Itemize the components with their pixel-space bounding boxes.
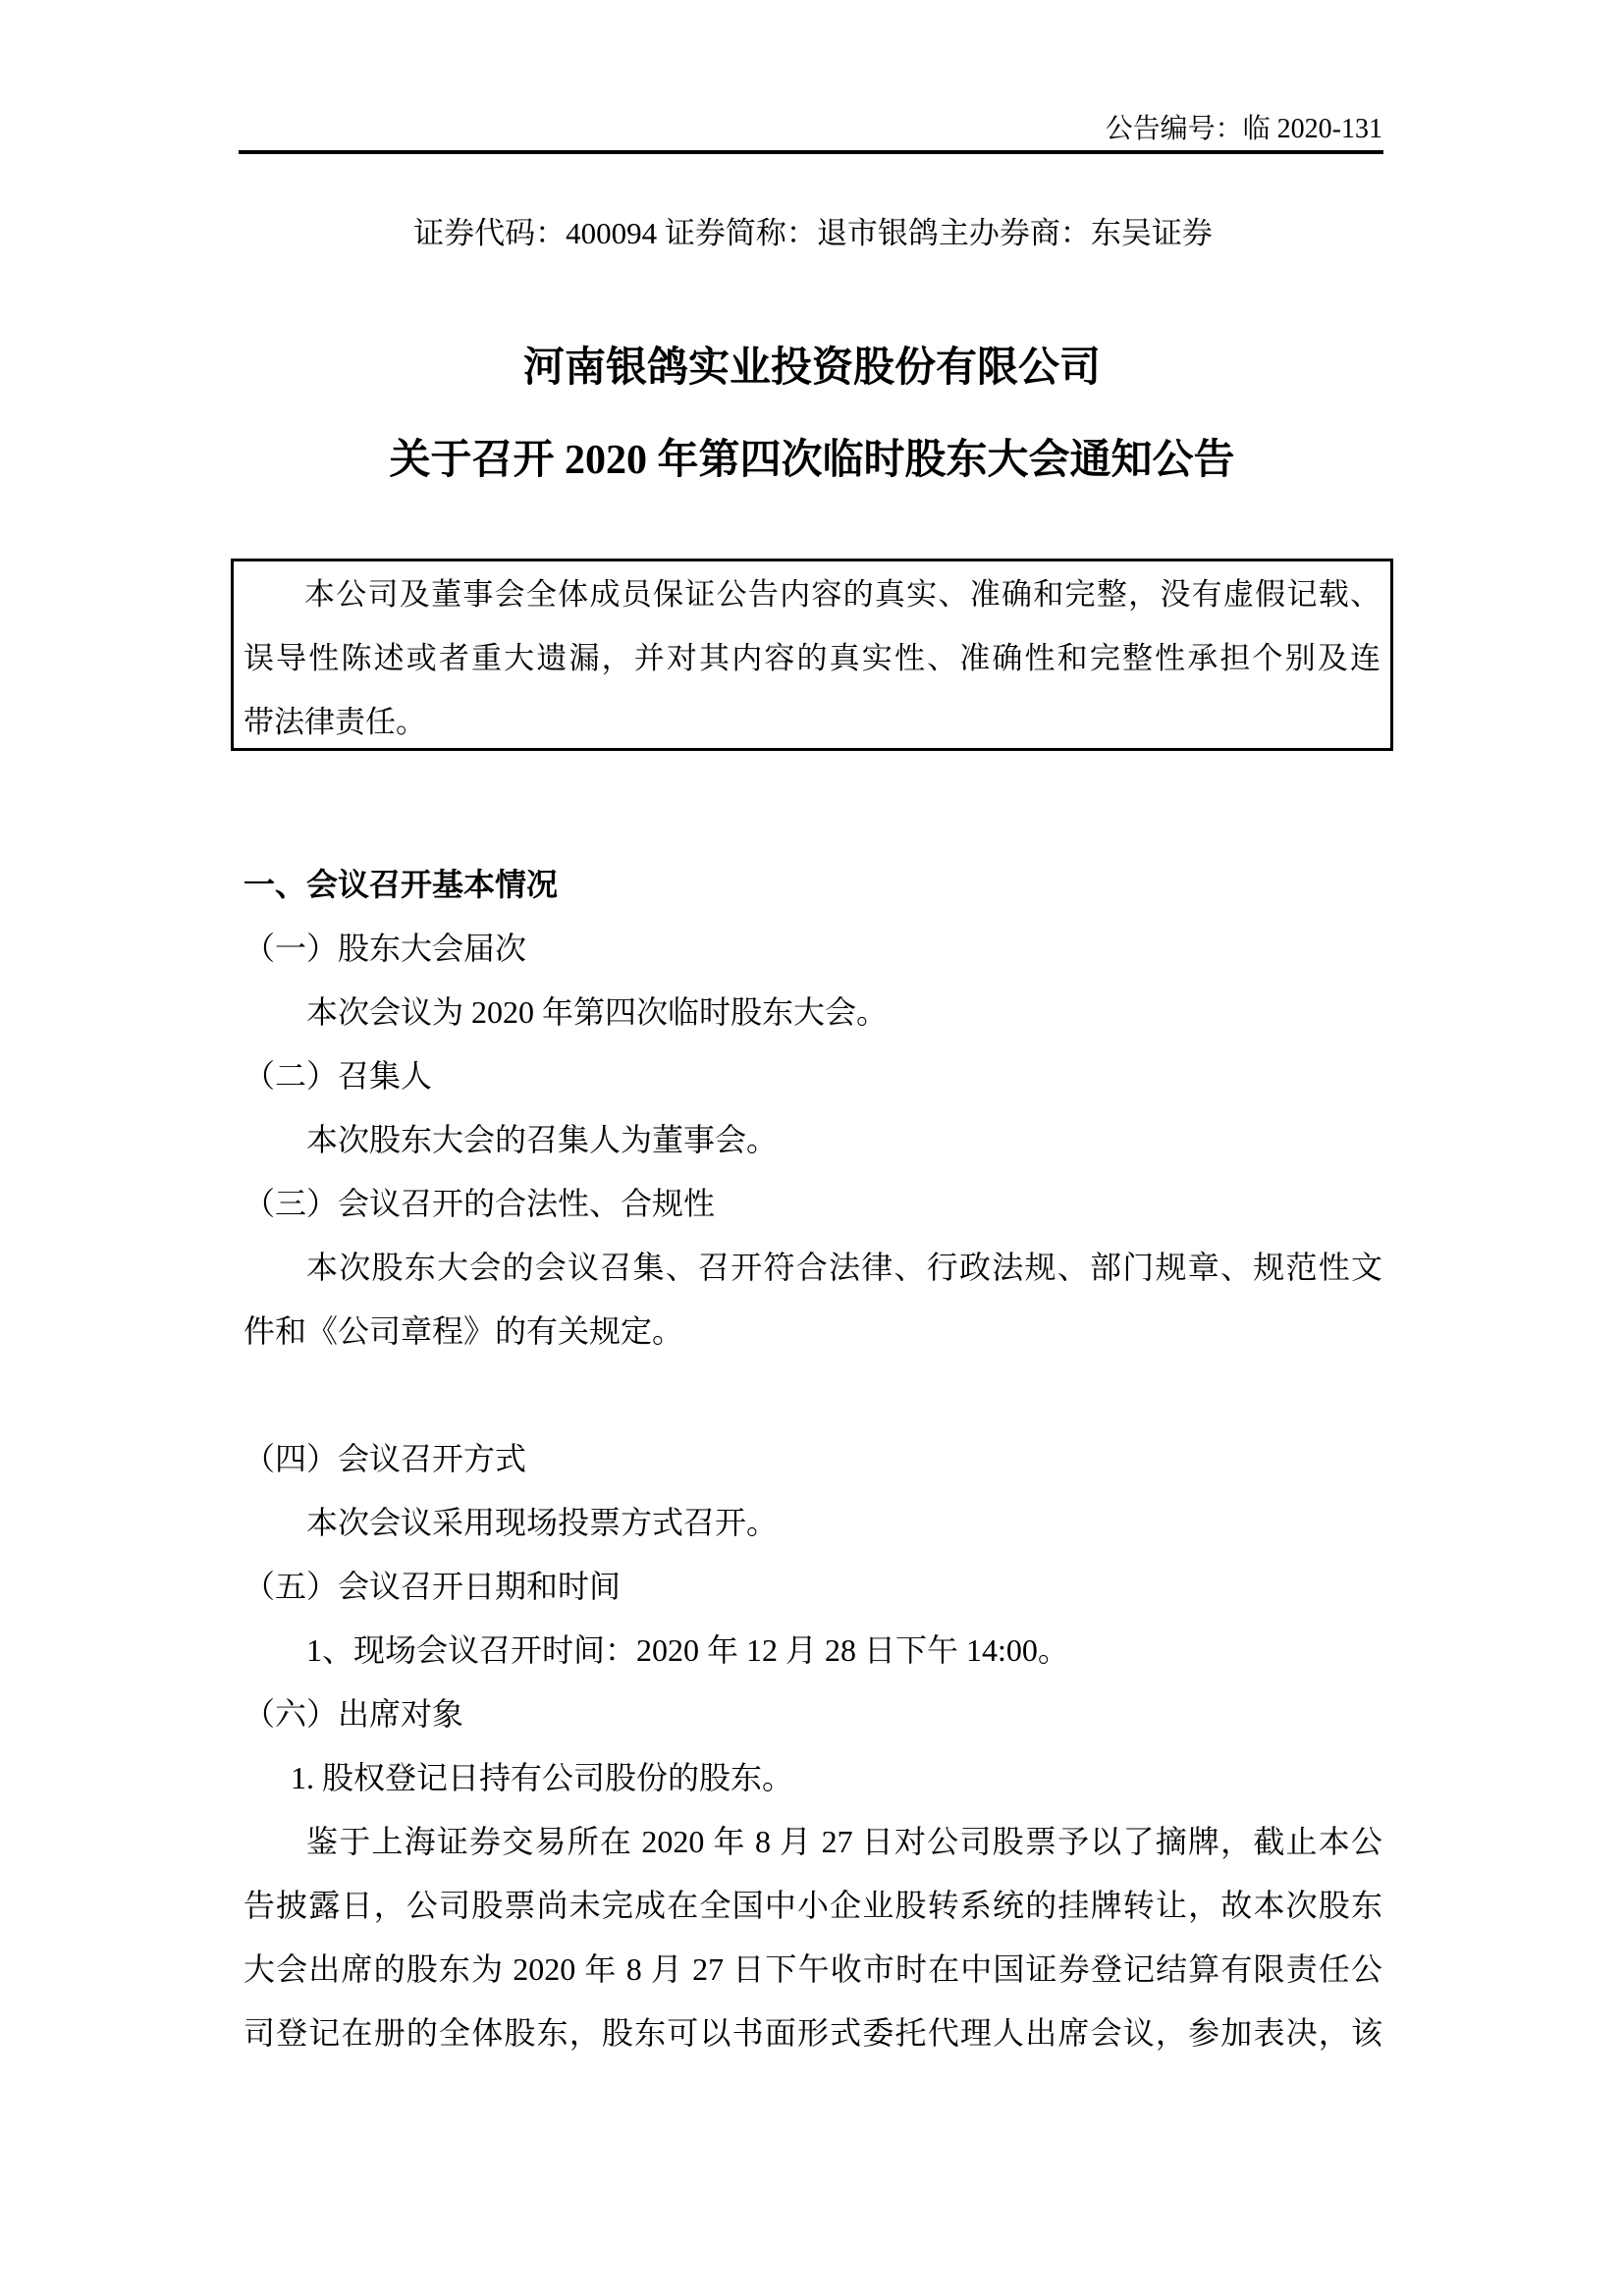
disclaimer-box: 本公司及董事会全体成员保证公告内容的真实、准确和完整，没有虚假记载、 误导性陈述… bbox=[231, 559, 1393, 751]
paragraph-meeting-session: 本次会议为 2020 年第四次临时股东大会。 bbox=[244, 981, 1382, 1044]
paragraph-meeting-time: 1、现场会议召开时间：2020 年 12 月 28 日下午 14:00。 bbox=[244, 1619, 1382, 1682]
disclaimer-line-1: 本公司及董事会全体成员保证公告内容的真实、准确和完整，没有虚假记载、 bbox=[244, 563, 1380, 627]
paragraph-convener: 本次股东大会的召集人为董事会。 bbox=[244, 1108, 1382, 1172]
paragraph-attendees-line-3: 大会出席的股东为 2020 年 8 月 27 日下午收市时在中国证券登记结算有限… bbox=[244, 1938, 1382, 2002]
securities-info-line: 证券代码：400094 证券简称：退市银鸽主办券商：东吴证券 bbox=[244, 214, 1382, 253]
paragraph-legality-line-1: 本次股东大会的会议召集、召开符合法律、行政法规、部门规章、规范性文 bbox=[244, 1236, 1382, 1300]
blank-line bbox=[244, 1363, 1382, 1427]
paragraph-attendees-line-4: 司登记在册的全体股东，股东可以书面形式委托代理人出席会议，参加表决，该 bbox=[244, 2002, 1382, 2065]
item-1-2-heading: （二）召集人 bbox=[244, 1044, 1382, 1108]
list-item-record-date-shareholders: 1. 股权登记日持有公司股份的股东。 bbox=[244, 1746, 1382, 1810]
disclaimer-line-3: 带法律责任。 bbox=[244, 691, 1380, 755]
section-1-heading: 一、会议召开基本情况 bbox=[244, 853, 1382, 917]
company-name-title: 河南银鸽实业投资股份有限公司 bbox=[0, 344, 1624, 393]
paragraph-attendees-line-2: 告披露日，公司股票尚未完成在全国中小企业股转系统的挂牌转让，故本次股东 bbox=[244, 1874, 1382, 1938]
item-1-6-heading: （六）出席对象 bbox=[244, 1682, 1382, 1746]
disclaimer-line-2: 误导性陈述或者重大遗漏，并对其内容的真实性、准确性和完整性承担个别及连 bbox=[244, 627, 1380, 691]
announcement-number: 公告编号：临 2020-131 bbox=[1106, 112, 1382, 147]
paragraph-attendees-line-1: 鉴于上海证券交易所在 2020 年 8 月 27 日对公司股票予以了摘牌，截止本… bbox=[244, 1810, 1382, 1874]
paragraph-meeting-method: 本次会议采用现场投票方式召开。 bbox=[244, 1491, 1382, 1555]
document-page: 公告编号：临 2020-131 证券代码：400094 证券简称：退市银鸽主办券… bbox=[0, 0, 1624, 2296]
document-body: 一、会议召开基本情况 （一）股东大会届次 本次会议为 2020 年第四次临时股东… bbox=[244, 853, 1382, 2065]
header-divider bbox=[239, 150, 1383, 154]
item-1-4-heading: （四）会议召开方式 bbox=[244, 1427, 1382, 1491]
item-1-3-heading: （三）会议召开的合法性、合规性 bbox=[244, 1172, 1382, 1236]
announcement-title: 关于召开 2020 年第四次临时股东大会通知公告 bbox=[0, 436, 1624, 485]
item-1-1-heading: （一）股东大会届次 bbox=[244, 917, 1382, 981]
item-1-5-heading: （五）会议召开日期和时间 bbox=[244, 1555, 1382, 1619]
paragraph-legality-line-2: 件和《公司章程》的有关规定。 bbox=[244, 1300, 1382, 1363]
